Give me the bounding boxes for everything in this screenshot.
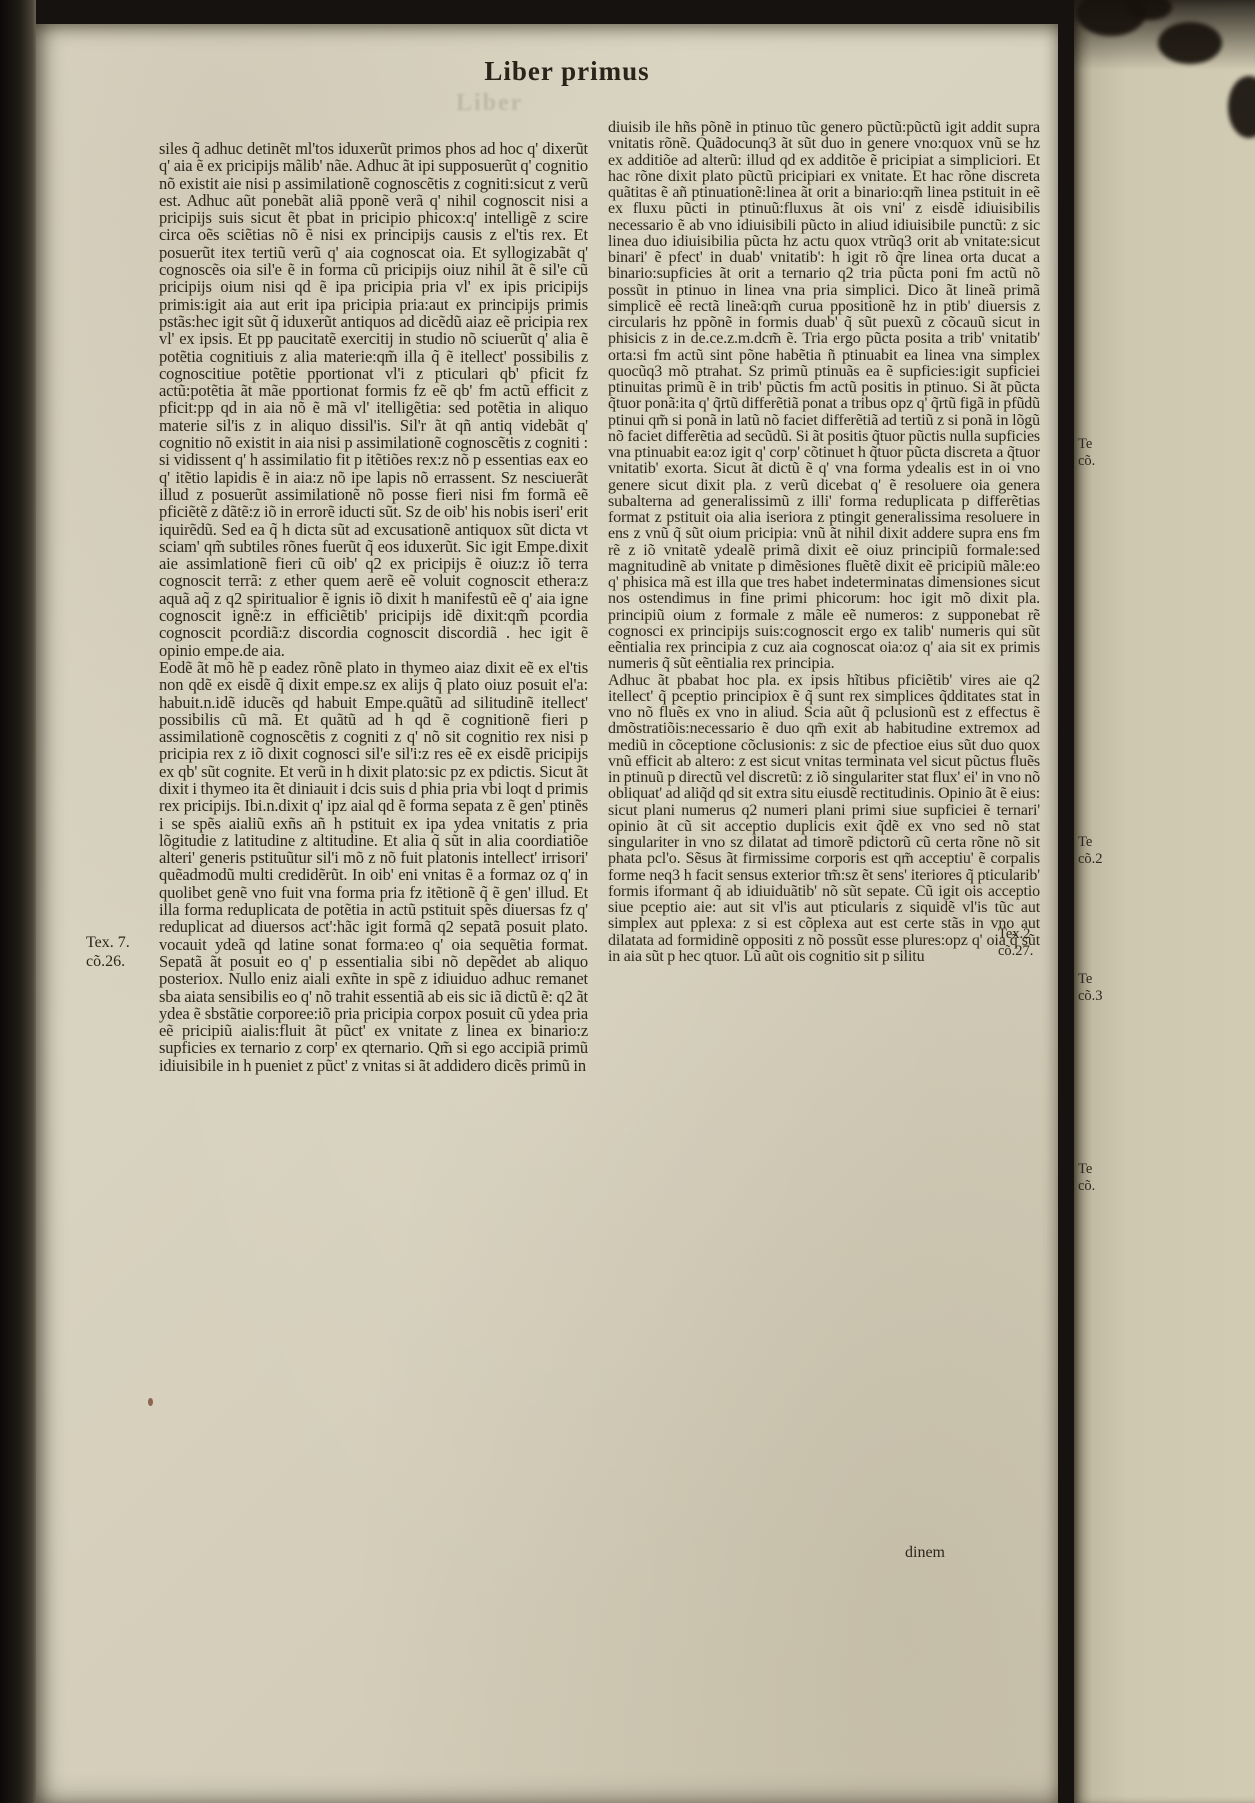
margin-note-line: cõ.3 [1078, 988, 1104, 1005]
margin-note-right: Tex.2 cõ.27. [998, 926, 1033, 960]
margin-note-line: Te [1078, 971, 1104, 988]
margin-note-line: cõ. [1078, 453, 1104, 470]
margin-note-line: Tex.2 [998, 926, 1033, 943]
text-column-left: siles q̃ adhuc detinẽt ml'tos iduxerũt p… [159, 140, 588, 1550]
margin-note-left: Tex. 7. cõ.26. [86, 933, 130, 971]
paragraph: siles q̃ adhuc detinẽt ml'tos iduxerũt p… [159, 140, 588, 659]
catchword: dinem [905, 1544, 985, 1562]
paragraph: Adhuc ãt pbabat hoc pla. ex ipsis hĩtibu… [608, 673, 1040, 966]
margin-note-line: Te [1078, 834, 1104, 851]
margin-note-edge: Te cõ. [1078, 1161, 1104, 1195]
margin-note-line: Te [1078, 436, 1104, 453]
margin-note-edge: Te cõ. [1078, 436, 1104, 470]
scan-background: Liber Liber primus siles q̃ adhuc detinẽ… [0, 0, 1255, 1803]
paragraph: Eodẽ ãt mõ hẽ p eadez rõnẽ plato in thym… [159, 659, 588, 1074]
margin-note-line: cõ. [1078, 1178, 1104, 1195]
ink-speck [148, 1398, 153, 1406]
stain [1158, 22, 1222, 64]
page-gutter-shadow [1048, 0, 1074, 1803]
margin-note-line: Te [1078, 1161, 1104, 1178]
margin-note-line: Tex. 7. [86, 933, 130, 952]
paragraph: diuisib ile hñs põnẽ in ptinuo tũc gener… [608, 120, 1040, 673]
margin-note-edge: Te cõ.3 [1078, 971, 1104, 1005]
page-title: Liber primus [427, 56, 707, 87]
next-page-edge [1074, 0, 1255, 1803]
margin-note-line: cõ.26. [86, 952, 130, 971]
text-column-right: diuisib ile hñs põnẽ in ptinuo tũc gener… [608, 120, 1040, 1554]
header-show-through: Liber [456, 90, 523, 117]
margin-note-line: cõ.2 [1078, 851, 1104, 868]
margin-note-edge: Te cõ.2 [1078, 834, 1104, 868]
margin-note-line: cõ.27. [998, 943, 1033, 960]
scan-left-edge [0, 0, 36, 1803]
